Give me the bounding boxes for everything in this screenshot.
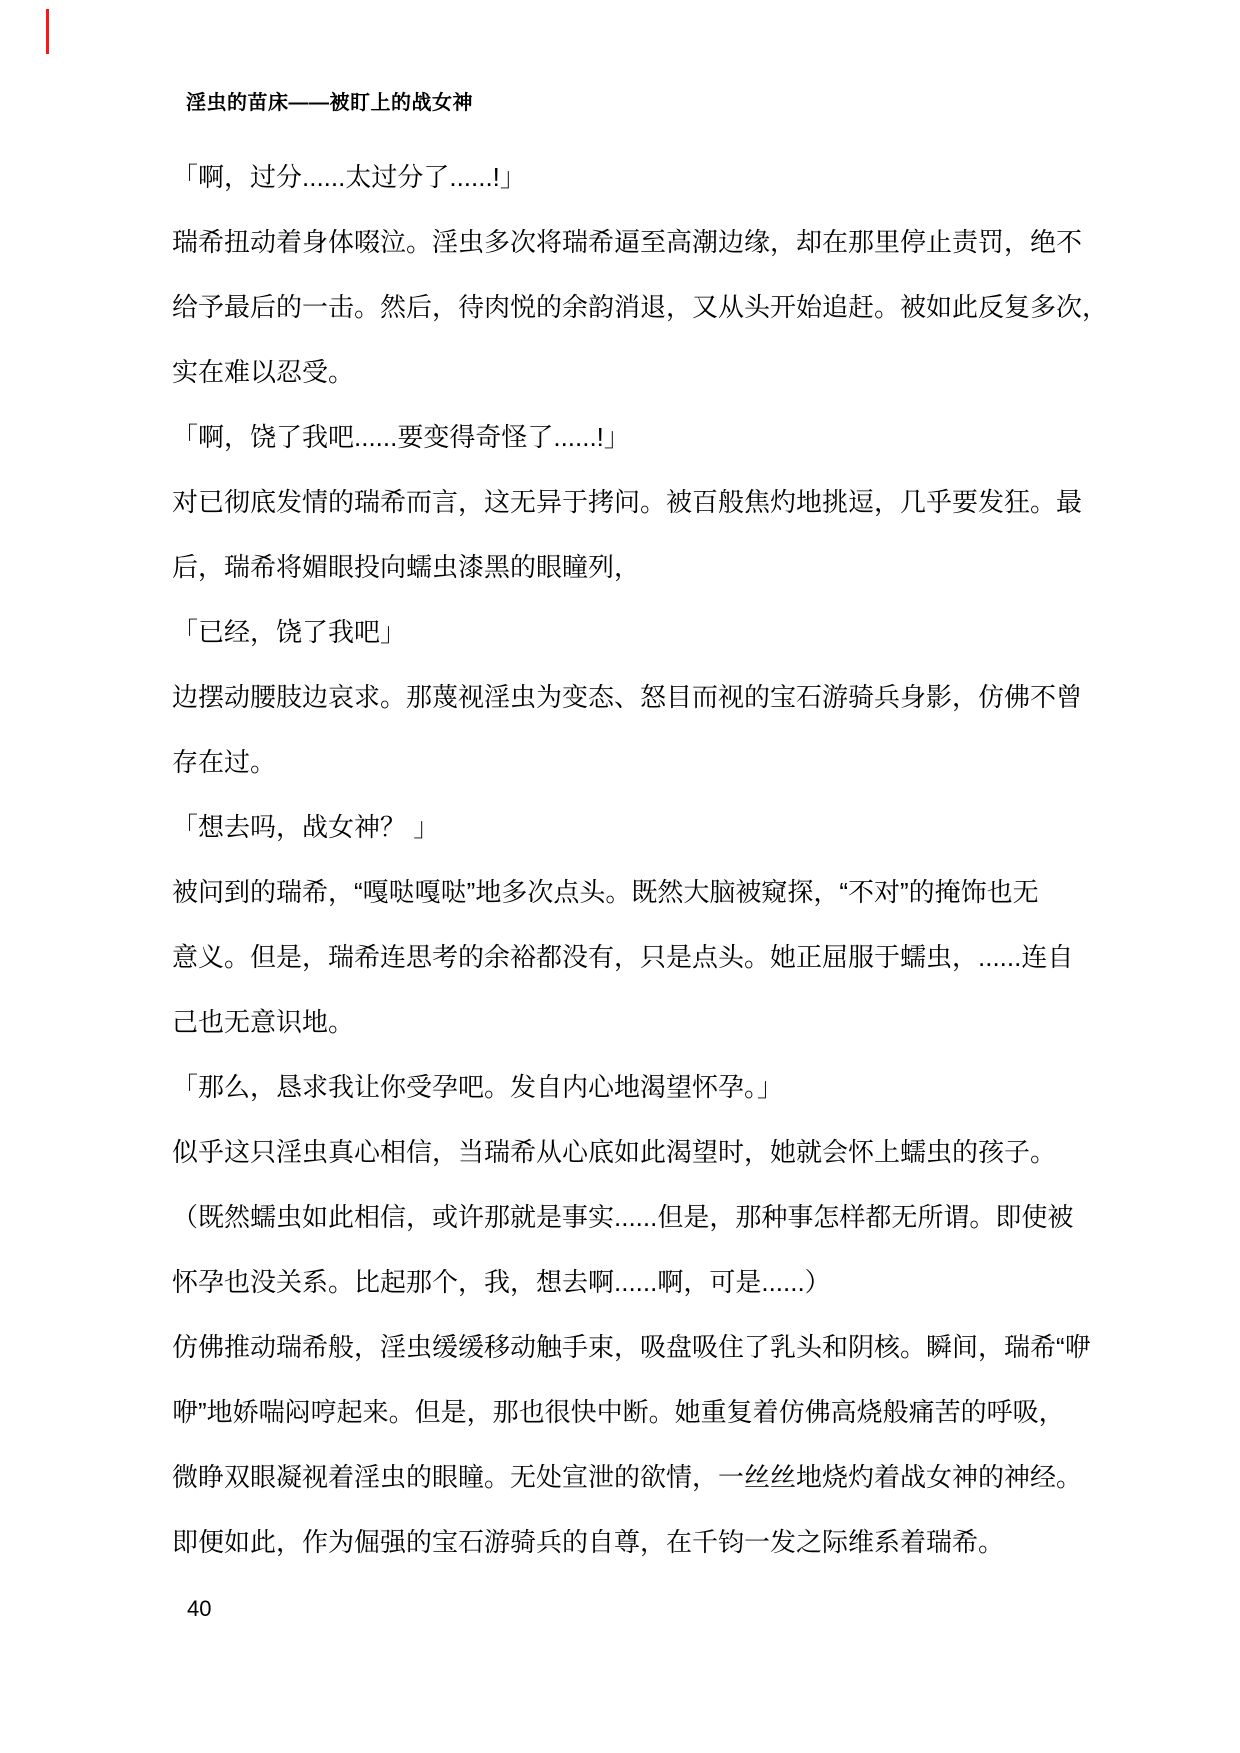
text-cursor-caret <box>46 9 49 54</box>
text-line: 瑞希扭动着身体啜泣。淫虫多次将瑞希逼至高潮边缘，却在那里停止责罚，绝不 <box>172 210 1084 275</box>
text-line: 意义。但是，瑞希连思考的余裕都没有，只是点头。她正屈服于蠕虫，......连自 <box>172 925 1084 990</box>
text-line: 实在难以忍受。 <box>172 340 1084 405</box>
text-line: 咿”地娇喘闷哼起来。但是，那也很快中断。她重复着仿佛高烧般痛苦的呼吸， <box>172 1380 1084 1445</box>
text-line: 微睁双眼凝视着淫虫的眼瞳。无处宣泄的欲情，一丝丝地烧灼着战女神的神经。 <box>172 1445 1084 1510</box>
document-page: 淫虫的苗床——被盯上的战女神 「啊，过分......太过分了......!」瑞希… <box>0 0 1240 1753</box>
text-line: 边摆动腰肢边哀求。那蔑视淫虫为变态、怒目而视的宝石游骑兵身影，仿佛不曾 <box>172 665 1084 730</box>
text-line: 给予最后的一击。然后，待肉悦的余韵消退，又从头开始追赶。被如此反复多次， <box>172 275 1084 340</box>
text-line: 被问到的瑞希，“嘎哒嘎哒”地多次点头。既然大脑被窥探，“不对”的掩饰也无 <box>172 860 1084 925</box>
text-line: 「啊，饶了我吧......要变得奇怪了......!」 <box>172 405 1084 470</box>
text-line: 即便如此，作为倔强的宝石游骑兵的自尊，在千钧一发之际维系着瑞希。 <box>172 1510 1084 1575</box>
text-line: 对已彻底发情的瑞希而言，这无异于拷问。被百般焦灼地挑逗，几乎要发狂。最 <box>172 470 1084 535</box>
text-line: 存在过。 <box>172 730 1084 795</box>
text-line: 「已经，饶了我吧」 <box>172 600 1084 665</box>
body-text: 「啊，过分......太过分了......!」瑞希扭动着身体啜泣。淫虫多次将瑞希… <box>172 145 1084 1575</box>
running-header: 淫虫的苗床——被盯上的战女神 <box>186 86 473 115</box>
text-line: 后，瑞希将媚眼投向蠕虫漆黑的眼瞳列， <box>172 535 1084 600</box>
text-line: 「啊，过分......太过分了......!」 <box>172 145 1084 210</box>
page-number: 40 <box>187 1596 211 1622</box>
text-line: 己也无意识地。 <box>172 990 1084 1055</box>
text-line: 似乎这只淫虫真心相信，当瑞希从心底如此渴望时，她就会怀上蠕虫的孩子。 <box>172 1120 1084 1185</box>
text-line: 「那么，恳求我让你受孕吧。发自内心地渴望怀孕。」 <box>172 1055 1084 1120</box>
text-line: （既然蠕虫如此相信，或许那就是事实......但是，那种事怎样都无所谓。即使被 <box>172 1185 1084 1250</box>
text-line: 怀孕也没关系。比起那个，我，想去啊......啊，可是......） <box>172 1250 1084 1315</box>
text-line: 「想去吗，战女神？ 」 <box>172 795 1084 860</box>
text-line: 仿佛推动瑞希般，淫虫缓缓移动触手束，吸盘吸住了乳头和阴核。瞬间，瑞希“咿 <box>172 1315 1084 1380</box>
